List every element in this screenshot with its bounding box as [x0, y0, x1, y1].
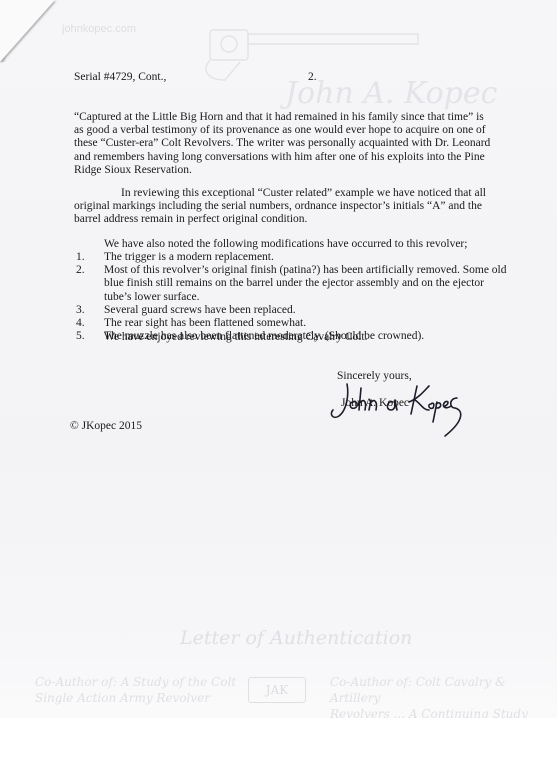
folded-corner — [0, 0, 55, 62]
modifications-intro: We have also noted the following modific… — [104, 238, 467, 251]
list-text: Most of this revolver’s original finish … — [104, 264, 507, 302]
list-number: 1. — [76, 251, 85, 264]
watermark-footer-title: Letter of Authentication — [180, 627, 412, 649]
footer-left-line: Co-Author of: A Study of the Colt — [35, 674, 236, 690]
list-number: 5. — [76, 330, 85, 343]
watermark-footer-left: Co-Author of: A Study of the Colt Single… — [35, 674, 236, 706]
paragraph-markings: In reviewing this exceptional “Custer re… — [74, 187, 494, 227]
watermark-logo: JAK — [248, 677, 306, 703]
footer-right-line: Co-Author of: Colt Cavalry & Artillery — [330, 674, 557, 706]
signer-name: John A. Kopec — [341, 397, 409, 410]
list-text: The trigger is a modern replacement. — [104, 251, 274, 263]
serial-header: Serial #4729, Cont., — [74, 71, 166, 84]
closing-paragraph: We have enjoyed reviewing this interesti… — [104, 331, 368, 344]
list-text: Several guard screws have been replaced. — [104, 304, 296, 316]
list-item: 1.The trigger is a modern replacement. — [74, 251, 514, 264]
page-bottom-margin — [0, 718, 557, 768]
paragraph-provenance: “Captured at the Little Big Horn and tha… — [74, 111, 494, 177]
footer-left-line: Single Action Army Revolver — [35, 690, 236, 706]
list-text: The rear sight has been flattened somewh… — [104, 317, 306, 329]
page-number: 2. — [308, 71, 317, 84]
modifications-list: 1.The trigger is a modern replacement. 2… — [74, 251, 514, 343]
list-item: 2.Most of this revolver’s original finis… — [74, 264, 514, 304]
watermark-website: johnkopec.com — [62, 23, 136, 35]
list-number: 3. — [76, 304, 85, 317]
list-number: 2. — [76, 264, 85, 277]
letter-page: johnkopec.com John A. Kopec Letter of Au… — [0, 0, 557, 768]
list-number: 4. — [76, 317, 85, 330]
copyright-notice: © JKopec 2015 — [70, 420, 142, 433]
list-item: 3.Several guard screws have been replace… — [74, 304, 514, 317]
list-item: 4.The rear sight has been flattened some… — [74, 317, 514, 330]
watermark-footer-right: Co-Author of: Colt Cavalry & Artillery R… — [330, 674, 557, 722]
